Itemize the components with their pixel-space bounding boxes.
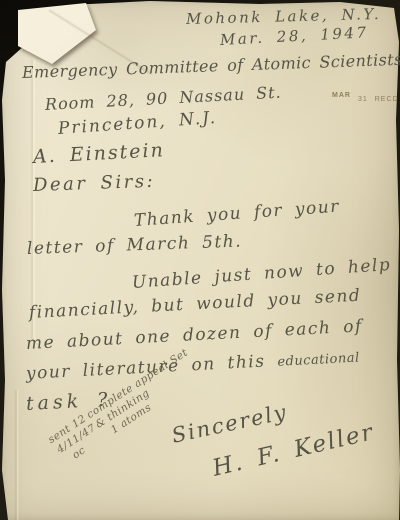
stamp-day: 31 (358, 96, 368, 103)
salutation: Dear Sirs: (33, 171, 156, 196)
received-stamp: MAR 31 RECD (332, 92, 399, 103)
stamp-month: MAR (332, 92, 351, 103)
scanned-letter: Mohonk Lake, N.Y. Mar. 28, 1947 Emergenc… (0, 0, 400, 520)
body-line-6-small: educational (277, 351, 360, 370)
stamp-label: RECD (375, 96, 399, 103)
